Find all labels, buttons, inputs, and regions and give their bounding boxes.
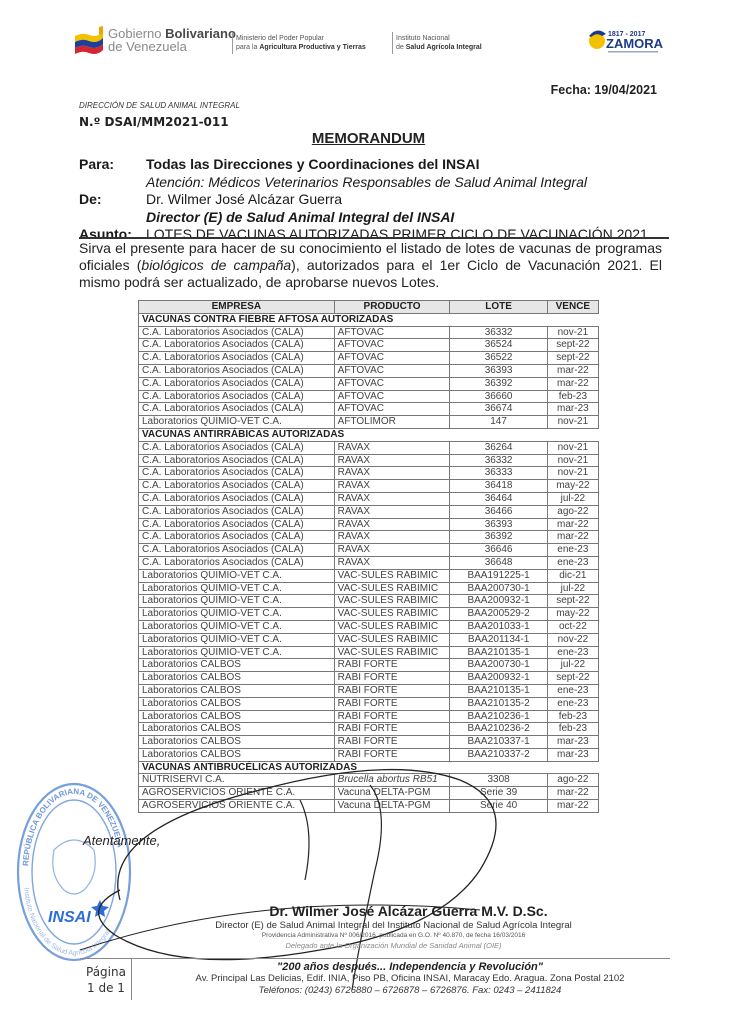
- ministry-name: Ministerio del Poder Popular para la Agr…: [236, 34, 366, 52]
- table-row: C.A. Laboratorios Asociados (CALA)AFTOVA…: [139, 364, 599, 377]
- cell-producto: RABI FORTE: [334, 748, 450, 761]
- cell-vence: nov-21: [547, 416, 598, 429]
- cell-empresa: Laboratorios CALBOS: [139, 697, 335, 710]
- table-row: C.A. Laboratorios Asociados (CALA)RAVAX3…: [139, 531, 599, 544]
- cell-empresa: Laboratorios CALBOS: [139, 723, 335, 736]
- cell-producto: RABI FORTE: [334, 723, 450, 736]
- cell-vence: ago-22: [547, 774, 598, 787]
- cell-producto: Vacuna DELTA-PGM: [334, 800, 450, 813]
- closing-salutation: Atentamente,: [83, 833, 160, 848]
- zamora-logo-icon: 1817 - 2017 ZAMORA: [588, 26, 678, 56]
- cell-empresa: C.A. Laboratorios Asociados (CALA): [139, 492, 335, 505]
- cell-vence: sept-22: [547, 352, 598, 365]
- table-row: Laboratorios CALBOSRABI FORTEBAA210135-1…: [139, 684, 599, 697]
- cell-lote: 36393: [450, 364, 547, 377]
- cell-producto: RAVAX: [334, 556, 450, 569]
- cell-lote: BAA200932-1: [450, 672, 547, 685]
- cell-vence: mar-23: [547, 736, 598, 749]
- cell-vence: feb-23: [547, 390, 598, 403]
- page-number: Página 1 de 1: [86, 964, 126, 996]
- table-row: Laboratorios CALBOSRABI FORTEBAA210236-1…: [139, 710, 599, 723]
- table-row: C.A. Laboratorios Asociados (CALA)AFTOVA…: [139, 326, 599, 339]
- cell-lote: BAA210337-1: [450, 736, 547, 749]
- cell-producto: RABI FORTE: [334, 659, 450, 672]
- cell-producto: AFTOVAC: [334, 403, 450, 416]
- cell-producto: RAVAX: [334, 467, 450, 480]
- cell-vence: sept-22: [547, 339, 598, 352]
- cell-vence: feb-23: [547, 723, 598, 736]
- memo-addressing: Para: Todas las Direcciones y Coordinaci…: [79, 156, 669, 244]
- cell-producto: VAC-SULES RABIMIC: [334, 620, 450, 633]
- cell-vence: ene-23: [547, 646, 598, 659]
- cell-producto: AFTOVAC: [334, 377, 450, 390]
- signer-name: Dr. Wilmer José Alcázar Guerra M.V. D.Sc…: [0, 903, 737, 919]
- table-row: C.A. Laboratorios Asociados (CALA)RAVAX3…: [139, 454, 599, 467]
- column-header: EMPRESA: [139, 301, 335, 314]
- table-row: AGROSERVICIOS ORIENTE C.A.Vacuna DELTA-P…: [139, 787, 599, 800]
- cell-empresa: Laboratorios QUIMIO-VET C.A.: [139, 416, 335, 429]
- atencion-line: Atención: Médicos Veterinarios Responsab…: [146, 174, 669, 192]
- cell-vence: dic-21: [547, 569, 598, 582]
- cell-lote: Serie 39: [450, 787, 547, 800]
- page-title: MEMORANDUM: [0, 130, 737, 147]
- cell-vence: ene-23: [547, 697, 598, 710]
- cell-empresa: AGROSERVICIOS ORIENTE C.A.: [139, 787, 335, 800]
- cell-lote: BAA210135-2: [450, 697, 547, 710]
- vaccine-lots-table: EMPRESAPRODUCTOLOTEVENCE VACUNAS CONTRA …: [138, 300, 599, 813]
- table-row: C.A. Laboratorios Asociados (CALA)RAVAX3…: [139, 480, 599, 493]
- cell-lote: BAA200529-2: [450, 608, 547, 621]
- cell-lote: 36393: [450, 518, 547, 531]
- column-header: PRODUCTO: [334, 301, 450, 314]
- cell-producto: AFTOLIMOR: [334, 416, 450, 429]
- cell-producto: VAC-SULES RABIMIC: [334, 595, 450, 608]
- table-row: AGROSERVICIOS ORIENTE C.A.Vacuna DELTA-P…: [139, 800, 599, 813]
- cell-empresa: Laboratorios QUIMIO-VET C.A.: [139, 646, 335, 659]
- cell-lote: BAA191225-1: [450, 569, 547, 582]
- header-divider: [232, 32, 233, 54]
- para-label: Para:: [79, 156, 146, 174]
- de-title: Director (E) de Salud Animal Integral de…: [146, 209, 669, 227]
- cell-empresa: Laboratorios CALBOS: [139, 710, 335, 723]
- divider: [79, 237, 669, 239]
- cell-lote: BAA201033-1: [450, 620, 547, 633]
- cell-lote: 36660: [450, 390, 547, 403]
- table-row: Laboratorios QUIMIO-VET C.A.VAC-SULES RA…: [139, 582, 599, 595]
- cell-producto: VAC-SULES RABIMIC: [334, 633, 450, 646]
- section-header-row: VACUNAS ANTIBRUCÉLICAS AUTORIZADAS: [139, 761, 599, 774]
- cell-lote: BAA200932-1: [450, 595, 547, 608]
- cell-empresa: C.A. Laboratorios Asociados (CALA): [139, 352, 335, 365]
- column-header: VENCE: [547, 301, 598, 314]
- table-row: Laboratorios CALBOSRABI FORTEBAA210236-2…: [139, 723, 599, 736]
- cell-producto: VAC-SULES RABIMIC: [334, 569, 450, 582]
- cell-producto: Brucella abortus RB51: [334, 774, 450, 787]
- svg-text:ZAMORA: ZAMORA: [606, 36, 664, 51]
- cell-lote: BAA210337-2: [450, 748, 547, 761]
- cell-empresa: C.A. Laboratorios Asociados (CALA): [139, 377, 335, 390]
- cell-vence: jul-22: [547, 492, 598, 505]
- cell-empresa: C.A. Laboratorios Asociados (CALA): [139, 403, 335, 416]
- cell-producto: VAC-SULES RABIMIC: [334, 608, 450, 621]
- section-header-row: VACUNAS CONTRA FIEBRE AFTOSA AUTORIZADAS: [139, 313, 599, 326]
- para-value: Todas las Direcciones y Coordinaciones d…: [146, 156, 669, 174]
- cell-vence: sept-22: [547, 595, 598, 608]
- cell-lote: BAA200730-1: [450, 659, 547, 672]
- cell-producto: RAVAX: [334, 505, 450, 518]
- svg-text:REPÚBLICA BOLIVARIANA DE VENEZ: REPÚBLICA BOLIVARIANA DE VENEZUELA: [21, 787, 125, 866]
- cell-empresa: Laboratorios CALBOS: [139, 684, 335, 697]
- cell-vence: may-22: [547, 480, 598, 493]
- table-row: NUTRISERVI C.A.Brucella abortus RB513308…: [139, 774, 599, 787]
- cell-vence: mar-23: [547, 748, 598, 761]
- cell-vence: nov-21: [547, 326, 598, 339]
- footer-phones: Teléfonos: (0243) 6726880 – 6726878 – 67…: [140, 985, 680, 997]
- cell-lote: 36522: [450, 352, 547, 365]
- cell-vence: nov-22: [547, 633, 598, 646]
- cell-vence: ene-23: [547, 684, 598, 697]
- footer-divider: [80, 958, 670, 959]
- cell-empresa: C.A. Laboratorios Asociados (CALA): [139, 339, 335, 352]
- cell-producto: VAC-SULES RABIMIC: [334, 582, 450, 595]
- cell-empresa: Laboratorios CALBOS: [139, 736, 335, 749]
- table-row: Laboratorios CALBOSRABI FORTEBAA210135-2…: [139, 697, 599, 710]
- cell-producto: AFTOVAC: [334, 364, 450, 377]
- signer-delegation: Delegado ante la Organización Mundial de…: [0, 941, 737, 950]
- table-row: C.A. Laboratorios Asociados (CALA)AFTOVA…: [139, 377, 599, 390]
- table-row: Laboratorios QUIMIO-VET C.A.VAC-SULES RA…: [139, 608, 599, 621]
- cell-lote: 36332: [450, 454, 547, 467]
- table-row: C.A. Laboratorios Asociados (CALA)AFTOVA…: [139, 352, 599, 365]
- memo-body: Sirva el presente para hacer de su conoc…: [79, 240, 662, 291]
- cell-producto: AFTOVAC: [334, 339, 450, 352]
- table-row: Laboratorios QUIMIO-VET C.A.AFTOLIMOR147…: [139, 416, 599, 429]
- table-row: Laboratorios CALBOSRABI FORTEBAA210337-2…: [139, 748, 599, 761]
- cell-vence: mar-22: [547, 531, 598, 544]
- footer-divider-vertical: [131, 958, 132, 1000]
- cell-empresa: Laboratorios QUIMIO-VET C.A.: [139, 569, 335, 582]
- section-header-row: VACUNAS ANTIRRÁBICAS AUTORIZADAS: [139, 428, 599, 441]
- cell-empresa: C.A. Laboratorios Asociados (CALA): [139, 531, 335, 544]
- cell-vence: mar-22: [547, 787, 598, 800]
- table-row: Laboratorios QUIMIO-VET C.A.VAC-SULES RA…: [139, 569, 599, 582]
- cell-empresa: C.A. Laboratorios Asociados (CALA): [139, 467, 335, 480]
- footer-motto: "200 años después... Independencia y Rev…: [140, 961, 680, 973]
- cell-producto: RABI FORTE: [334, 736, 450, 749]
- cell-lote: BAA200730-1: [450, 582, 547, 595]
- cell-lote: BAA210236-2: [450, 723, 547, 736]
- cell-lote: BAA210135-1: [450, 646, 547, 659]
- cell-empresa: C.A. Laboratorios Asociados (CALA): [139, 480, 335, 493]
- cell-empresa: NUTRISERVI C.A.: [139, 774, 335, 787]
- cell-lote: 36392: [450, 377, 547, 390]
- cell-producto: RABI FORTE: [334, 672, 450, 685]
- memo-number: N.º DSAI/MM2021-011: [79, 115, 229, 129]
- cell-producto: RAVAX: [334, 544, 450, 557]
- cell-vence: mar-22: [547, 800, 598, 813]
- cell-empresa: Laboratorios QUIMIO-VET C.A.: [139, 595, 335, 608]
- header-divider: [392, 32, 393, 54]
- cell-producto: AFTOVAC: [334, 352, 450, 365]
- cell-empresa: Laboratorios CALBOS: [139, 672, 335, 685]
- cell-lote: BAA210236-1: [450, 710, 547, 723]
- cell-vence: ene-23: [547, 556, 598, 569]
- cell-empresa: C.A. Laboratorios Asociados (CALA): [139, 556, 335, 569]
- table-row: C.A. Laboratorios Asociados (CALA)RAVAX3…: [139, 441, 599, 454]
- cell-producto: RABI FORTE: [334, 697, 450, 710]
- issuing-direction: DIRECCIÓN DE SALUD ANIMAL INTEGRAL: [79, 101, 240, 110]
- cell-lote: 36418: [450, 480, 547, 493]
- cell-producto: RAVAX: [334, 441, 450, 454]
- table-row: Laboratorios CALBOSRABI FORTEBAA200730-1…: [139, 659, 599, 672]
- cell-lote: BAA210135-1: [450, 684, 547, 697]
- cell-vence: mar-22: [547, 364, 598, 377]
- cell-lote: 36646: [450, 544, 547, 557]
- table-row: C.A. Laboratorios Asociados (CALA)RAVAX3…: [139, 467, 599, 480]
- cell-vence: ene-23: [547, 544, 598, 557]
- cell-producto: RAVAX: [334, 531, 450, 544]
- cell-vence: jul-22: [547, 582, 598, 595]
- cell-lote: 36524: [450, 339, 547, 352]
- table-row: Laboratorios CALBOSRABI FORTEBAA210337-1…: [139, 736, 599, 749]
- cell-producto: RAVAX: [334, 480, 450, 493]
- cell-producto: RABI FORTE: [334, 684, 450, 697]
- footer-info: "200 años después... Independencia y Rev…: [140, 961, 680, 997]
- table-row: C.A. Laboratorios Asociados (CALA)AFTOVA…: [139, 339, 599, 352]
- cell-producto: RABI FORTE: [334, 710, 450, 723]
- cell-empresa: AGROSERVICIOS ORIENTE C.A.: [139, 800, 335, 813]
- signer-title: Director (E) de Salud Animal Integral de…: [0, 920, 737, 931]
- table-row: Laboratorios CALBOSRABI FORTEBAA200932-1…: [139, 672, 599, 685]
- cell-empresa: C.A. Laboratorios Asociados (CALA): [139, 390, 335, 403]
- institute-name: Instituto Nacional de Salud Agrícola Int…: [396, 34, 482, 52]
- table-row: Laboratorios QUIMIO-VET C.A.VAC-SULES RA…: [139, 595, 599, 608]
- cell-vence: nov-21: [547, 441, 598, 454]
- signer-providencia: Providencia Administrativa Nº 006/2016, …: [0, 932, 737, 939]
- cell-empresa: C.A. Laboratorios Asociados (CALA): [139, 454, 335, 467]
- de-label: De:: [79, 191, 146, 209]
- cell-producto: RAVAX: [334, 454, 450, 467]
- cell-producto: Vacuna DELTA-PGM: [334, 787, 450, 800]
- cell-lote: Serie 40: [450, 800, 547, 813]
- cell-empresa: C.A. Laboratorios Asociados (CALA): [139, 518, 335, 531]
- cell-vence: mar-23: [547, 403, 598, 416]
- cell-vence: mar-22: [547, 518, 598, 531]
- table-row: C.A. Laboratorios Asociados (CALA)RAVAX3…: [139, 518, 599, 531]
- table-row: C.A. Laboratorios Asociados (CALA)AFTOVA…: [139, 403, 599, 416]
- section-title: VACUNAS CONTRA FIEBRE AFTOSA AUTORIZADAS: [139, 313, 599, 326]
- cell-empresa: C.A. Laboratorios Asociados (CALA): [139, 364, 335, 377]
- cell-lote: 36648: [450, 556, 547, 569]
- footer-address: Av. Principal Las Delicias, Edif. INIA, …: [140, 973, 680, 985]
- table-row: Laboratorios QUIMIO-VET C.A.VAC-SULES RA…: [139, 633, 599, 646]
- table-row: C.A. Laboratorios Asociados (CALA)AFTOVA…: [139, 390, 599, 403]
- table-row: C.A. Laboratorios Asociados (CALA)RAVAX3…: [139, 556, 599, 569]
- cell-producto: RAVAX: [334, 518, 450, 531]
- cell-lote: 3308: [450, 774, 547, 787]
- cell-vence: sept-22: [547, 672, 598, 685]
- table-row: C.A. Laboratorios Asociados (CALA)RAVAX3…: [139, 505, 599, 518]
- cell-lote: 36264: [450, 441, 547, 454]
- table-row: C.A. Laboratorios Asociados (CALA)RAVAX3…: [139, 544, 599, 557]
- cell-vence: jul-22: [547, 659, 598, 672]
- cell-vence: mar-22: [547, 377, 598, 390]
- gobierno-bolivariano-logo: Gobierno Bolivariano de Venezuela: [108, 27, 236, 53]
- cell-lote: 36332: [450, 326, 547, 339]
- cell-empresa: Laboratorios QUIMIO-VET C.A.: [139, 620, 335, 633]
- cell-lote: 147: [450, 416, 547, 429]
- cell-vence: nov-21: [547, 454, 598, 467]
- de-value: Dr. Wilmer José Alcázar Guerra: [146, 191, 669, 209]
- cell-lote: 36674: [450, 403, 547, 416]
- cell-empresa: C.A. Laboratorios Asociados (CALA): [139, 441, 335, 454]
- cell-empresa: C.A. Laboratorios Asociados (CALA): [139, 326, 335, 339]
- cell-producto: AFTOVAC: [334, 390, 450, 403]
- cell-vence: nov-21: [547, 467, 598, 480]
- cell-empresa: Laboratorios CALBOS: [139, 659, 335, 672]
- table-row: Laboratorios QUIMIO-VET C.A.VAC-SULES RA…: [139, 646, 599, 659]
- cell-empresa: Laboratorios QUIMIO-VET C.A.: [139, 633, 335, 646]
- cell-empresa: Laboratorios CALBOS: [139, 748, 335, 761]
- cell-vence: ago-22: [547, 505, 598, 518]
- table-row: Laboratorios QUIMIO-VET C.A.VAC-SULES RA…: [139, 620, 599, 633]
- cell-lote: 36466: [450, 505, 547, 518]
- venezuela-flag-icon: [73, 26, 105, 56]
- cell-producto: RAVAX: [334, 492, 450, 505]
- table-row: C.A. Laboratorios Asociados (CALA)RAVAX3…: [139, 492, 599, 505]
- cell-lote: BAA201134-1: [450, 633, 547, 646]
- cell-empresa: C.A. Laboratorios Asociados (CALA): [139, 544, 335, 557]
- section-title: VACUNAS ANTIRRÁBICAS AUTORIZADAS: [139, 428, 599, 441]
- cell-empresa: C.A. Laboratorios Asociados (CALA): [139, 505, 335, 518]
- cell-lote: 36464: [450, 492, 547, 505]
- column-header: LOTE: [450, 301, 547, 314]
- memo-date: Fecha: 19/04/2021: [551, 83, 657, 97]
- section-title: VACUNAS ANTIBRUCÉLICAS AUTORIZADAS: [139, 761, 599, 774]
- cell-producto: AFTOVAC: [334, 326, 450, 339]
- cell-empresa: Laboratorios QUIMIO-VET C.A.: [139, 582, 335, 595]
- cell-vence: oct-22: [547, 620, 598, 633]
- cell-producto: VAC-SULES RABIMIC: [334, 646, 450, 659]
- cell-empresa: Laboratorios QUIMIO-VET C.A.: [139, 608, 335, 621]
- cell-vence: may-22: [547, 608, 598, 621]
- cell-vence: feb-23: [547, 710, 598, 723]
- cell-lote: 36333: [450, 467, 547, 480]
- cell-lote: 36392: [450, 531, 547, 544]
